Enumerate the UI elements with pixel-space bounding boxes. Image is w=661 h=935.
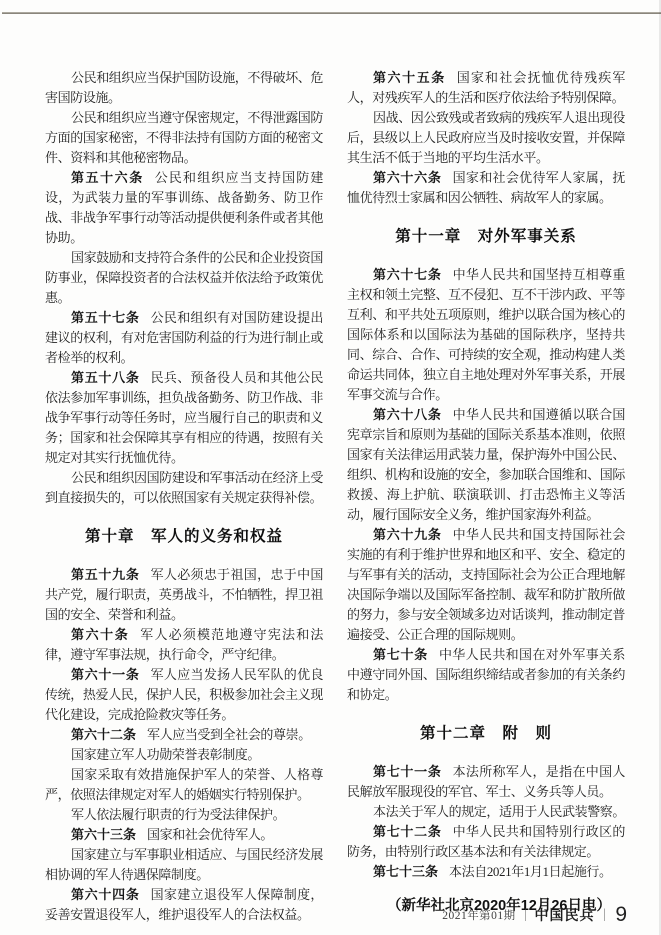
article-paragraph: 第六十六条国家和社会优待军人家属，抚恤优待烈士家属和因公牺牲、病故军人的家属。 <box>347 168 625 208</box>
article-number-label: 第六十四条 <box>71 887 140 902</box>
article-number-label: 第五十六条 <box>71 170 144 185</box>
body-paragraph: 公民和组织应当遵守保密规定，不得泄露国防方面的国家秘密，不得非法持有国防方面的秘… <box>45 108 323 168</box>
article-number-label: 第七十条 <box>373 647 428 662</box>
body-paragraph: 国家建立军人功勋荣誉表彰制度。 <box>45 745 323 765</box>
paragraph-text: 本法关于军人的规定，适用于人民武装警察。 <box>373 804 625 819</box>
chapter-heading: 第十一章 对外军事关系 <box>347 225 625 249</box>
body-paragraph: 国家采取有效措施保护军人的荣誉、人格尊严，依照法律规定对军人的婚姻实行特别保护。 <box>45 765 323 805</box>
article-paragraph: 第七十一条本法所称军人，是指在中国人民解放军服现役的军官、军士、义务兵等人员。 <box>347 762 625 802</box>
paragraph-text: 国家建立与军事职业相适应、与国民经济发展相协调的军人待遇保障制度。 <box>45 847 323 882</box>
article-number-label: 第五十八条 <box>71 370 140 385</box>
body-paragraph: 因战、因公致残或者致病的残疾军人退出现役后，县级以上人民政府应当及时接收安置，并… <box>347 108 625 168</box>
article-number-label: 第六十七条 <box>373 267 442 282</box>
left-column: 公民和组织应当保护国防设施，不得破坏、危害国防设施。公民和组织应当遵守保密规定，… <box>45 68 323 925</box>
article-number-label: 第六十一条 <box>71 667 140 682</box>
article-paragraph: 第七十条中华人民共和国在对外军事关系中遵守同外国、国际组织缔结或者参加的有关条约… <box>347 645 625 705</box>
chapter-heading: 第十章 军人的义务和权益 <box>45 525 323 549</box>
article-paragraph: 第五十七条公民和组织有对国防建设提出建议的权利，有对危害国防利益的行为进行制止或… <box>45 308 323 368</box>
article-paragraph: 第五十八条民兵、预备役人员和其他公民依法参加军事训练，担负战备勤务、防卫作战、非… <box>45 368 323 468</box>
article-number-label: 第六十二条 <box>71 727 136 742</box>
article-paragraph: 第五十九条军人必须忠于祖国，忠于中国共产党，履行职责，英勇战斗，不怕牺牲，捍卫祖… <box>45 565 323 625</box>
article-number-label: 第六十条 <box>71 627 129 642</box>
paragraph-text: 公民和组织应当遵守保密规定，不得泄露国防方面的国家秘密，不得非法持有国防方面的秘… <box>45 110 323 165</box>
article-columns: 公民和组织应当保护国防设施，不得破坏、危害国防设施。公民和组织应当遵守保密规定，… <box>45 68 625 925</box>
body-paragraph: 本法关于军人的规定，适用于人民武装警察。 <box>347 802 625 822</box>
body-paragraph: 公民和组织应当保护国防设施，不得破坏、危害国防设施。 <box>45 68 323 108</box>
magazine-page: 公民和组织应当保护国防设施，不得破坏、危害国防设施。公民和组织应当遵守保密规定，… <box>0 0 661 935</box>
body-paragraph: 国家建立与军事职业相适应、与国民经济发展相协调的军人待遇保障制度。 <box>45 845 323 885</box>
article-paragraph: 第七十二条中华人民共和国特别行政区的防务，由特别行政区基本法和有关法律规定。 <box>347 822 625 862</box>
article-number-label: 第六十五条 <box>373 70 446 85</box>
paragraph-text: 国家鼓励和支持符合条件的公民和企业投资国防事业，保障投资者的合法权益并依法给予政… <box>45 250 323 305</box>
body-paragraph: 军人依法履行职责的行为受法律保护。 <box>45 805 323 825</box>
body-paragraph: 国家鼓励和支持符合条件的公民和企业投资国防事业，保障投资者的合法权益并依法给予政… <box>45 248 323 308</box>
article-number-label: 第五十九条 <box>71 567 140 582</box>
article-number-label: 第六十九条 <box>373 527 442 542</box>
paragraph-text: 因战、因公致残或者致病的残疾军人退出现役后，县级以上人民政府应当及时接收安置，并… <box>347 110 625 165</box>
article-number-label: 第七十二条 <box>373 824 442 839</box>
article-paragraph: 第六十三条国家和社会优待军人。 <box>45 825 323 845</box>
article-paragraph: 第五十六条公民和组织应当支持国防建设，为武装力量的军事训练、战备勤务、防卫作战、… <box>45 168 323 248</box>
article-number-label: 第六十六条 <box>373 170 442 185</box>
footer-issue-label: 2021年第01期 <box>442 907 516 923</box>
article-paragraph: 第六十五条国家和社会抚恤优待残疾军人，对残疾军人的生活和医疗依法给予特别保障。 <box>347 68 625 108</box>
paragraph-text: 本法自2021年1月1日起施行。 <box>449 864 612 879</box>
body-paragraph: 公民和组织因国防建设和军事活动在经济上受到直接损失的，可以依照国家有关规定获得补… <box>45 468 323 508</box>
paragraph-text: 国家采取有效措施保护军人的荣誉、人格尊严，依照法律规定对军人的婚姻实行特别保护。 <box>45 767 323 802</box>
right-column: 第六十五条国家和社会抚恤优待残疾军人，对残疾军人的生活和医疗依法给予特别保障。因… <box>347 68 625 925</box>
page-footer: 2021年第01期 | 中国民兵 | 9 <box>442 903 627 927</box>
article-number-label: 第五十七条 <box>71 310 140 325</box>
article-paragraph: 第七十三条本法自2021年1月1日起施行。 <box>347 862 625 882</box>
article-number-label: 第七十一条 <box>373 764 442 779</box>
article-number-label: 第六十八条 <box>373 407 442 422</box>
article-paragraph: 第六十条军人必须模范地遵守宪法和法律，遵守军事法规，执行命令，严守纪律。 <box>45 625 323 665</box>
paragraph-text: 公民和组织应当保护国防设施，不得破坏、危害国防设施。 <box>45 70 323 105</box>
paragraph-text: 中华人民共和国遵循以联合国宪章宗旨和原则为基础的国际关系基本准则，依照国家有关法… <box>347 407 625 522</box>
article-paragraph: 第六十八条中华人民共和国遵循以联合国宪章宗旨和原则为基础的国际关系基本准则，依照… <box>347 405 625 525</box>
article-paragraph: 第六十九条中华人民共和国支持国际社会实施的有利于维护世界和地区和平、安全、稳定的… <box>347 525 625 645</box>
footer-separator-bar: | <box>524 907 526 923</box>
paragraph-text: 公民和组织因国防建设和军事活动在经济上受到直接损失的，可以依照国家有关规定获得补… <box>45 470 323 505</box>
article-number-label: 第六十三条 <box>71 827 136 842</box>
top-rule <box>2 12 661 14</box>
article-paragraph: 第六十四条国家建立退役军人保障制度，妥善安置退役军人，维护退役军人的合法权益。 <box>45 885 323 925</box>
article-paragraph: 第六十一条军人应当发扬人民军队的优良传统，热爱人民，保护人民，积极参加社会主义现… <box>45 665 323 725</box>
paragraph-text: 国家和社会优待军人。 <box>147 827 273 842</box>
paragraph-text: 军人应当受到全社会的尊崇。 <box>147 727 311 742</box>
paragraph-text: 军人依法履行职责的行为受法律保护。 <box>71 807 285 822</box>
paragraph-text: 中华人民共和国坚持互相尊重主权和领土完整、互不侵犯、互不干涉内政、平等互利、和平… <box>347 267 625 402</box>
footer-separator-bar: | <box>603 907 605 923</box>
article-paragraph: 第六十七条中华人民共和国坚持互相尊重主权和领土完整、互不侵犯、互不干涉内政、平等… <box>347 265 625 405</box>
chapter-heading: 第十二章 附 则 <box>347 722 625 746</box>
footer-page-number: 9 <box>615 903 627 927</box>
paragraph-text: 中华人民共和国支持国际社会实施的有利于维护世界和地区和平、安全、稳定的与军事有关… <box>347 527 625 642</box>
footer-magazine-title: 中国民兵 <box>535 905 595 925</box>
paragraph-text: 国家建立军人功勋荣誉表彰制度。 <box>71 747 260 762</box>
article-number-label: 第七十三条 <box>373 864 438 879</box>
article-paragraph: 第六十二条军人应当受到全社会的尊崇。 <box>45 725 323 745</box>
